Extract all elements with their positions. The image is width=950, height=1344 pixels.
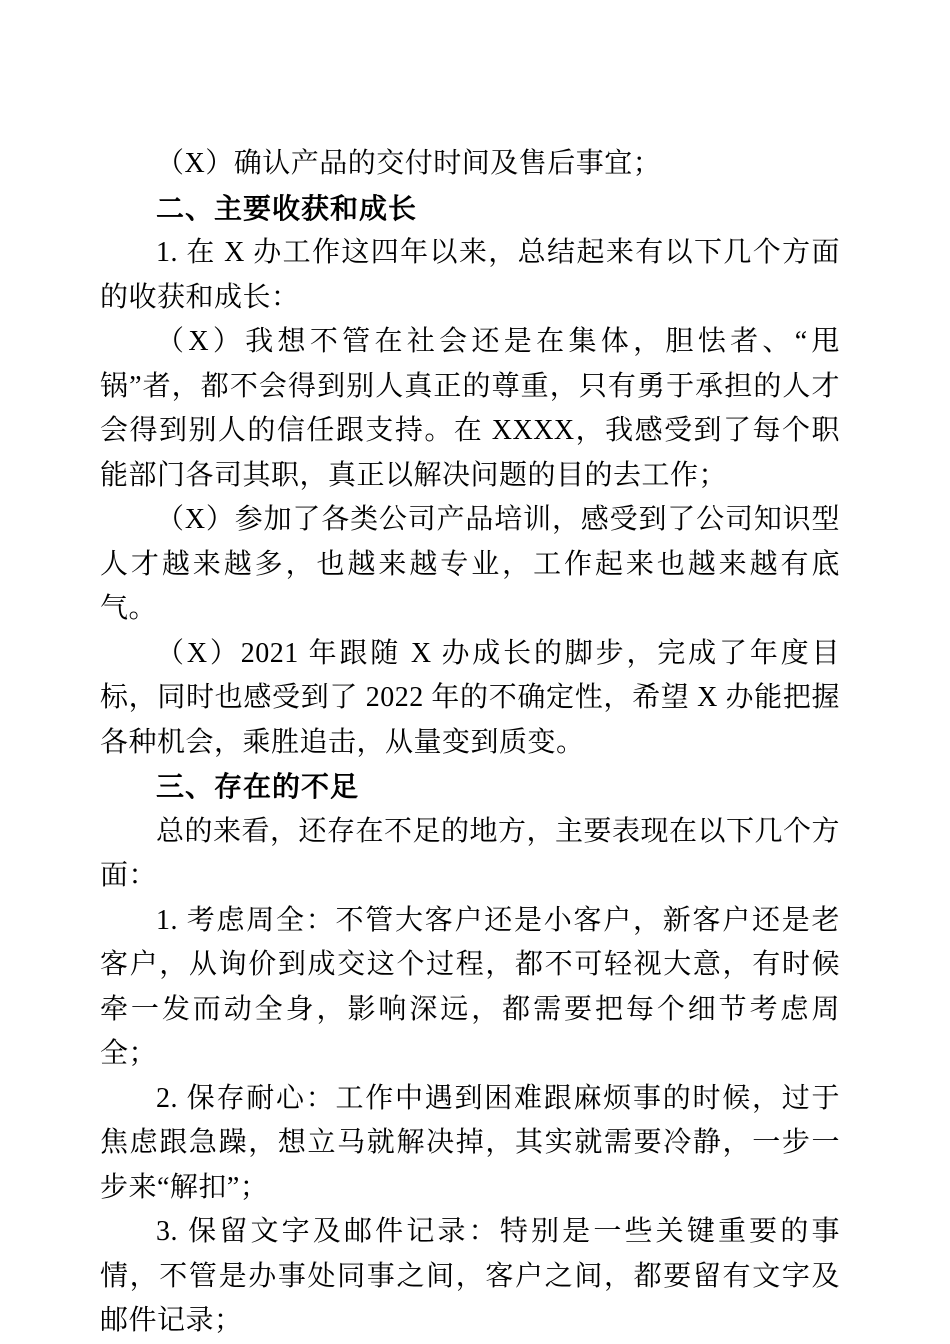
paragraph-patience: 2. 保存耐心：工作中遇到困难跟麻烦事的时候，过于焦虑跟急躁，想立马就解决掉，其…	[100, 1077, 840, 1211]
paragraph-product-training: （X）参加了各类公司产品培训，感受到了公司知识型人才越来越多，也越来越专业，工作…	[100, 498, 840, 632]
section-heading-gains-growth: 二、主要收获和成长	[100, 187, 840, 232]
document-page: （X）确认产品的交付时间及售后事宜； 二、主要收获和成长 1. 在 X 办工作这…	[0, 0, 950, 1344]
paragraph-thoroughness: 1. 考虑周全：不管大客户还是小客户，新客户还是老客户，从询价到成交这个过程，都…	[100, 899, 840, 1077]
paragraph-responsibility-trust: （X）我想不管在社会还是在集体，胆怯者、“甩锅”者，都不会得到别人真正的尊重，只…	[100, 320, 840, 498]
paragraph-2021-goals: （X）2021 年跟随 X 办成长的脚步，完成了年度目标，同时也感受到了 202…	[100, 632, 840, 766]
paragraph-keep-records: 3. 保留文字及邮件记录：特别是一些关键重要的事情，不管是办事处同事之间，客户之…	[100, 1210, 840, 1344]
paragraph-shortcomings-intro: 总的来看，还存在不足的地方，主要表现在以下几个方面：	[100, 810, 840, 899]
text-content: （X）确认产品的交付时间及售后事宜； 二、主要收获和成长 1. 在 X 办工作这…	[100, 142, 840, 1344]
paragraph-delivery-aftersales: （X）确认产品的交付时间及售后事宜；	[100, 142, 840, 187]
paragraph-four-years-intro: 1. 在 X 办工作这四年以来，总结起来有以下几个方面的收获和成长：	[100, 231, 840, 320]
section-heading-shortcomings: 三、存在的不足	[100, 765, 840, 810]
